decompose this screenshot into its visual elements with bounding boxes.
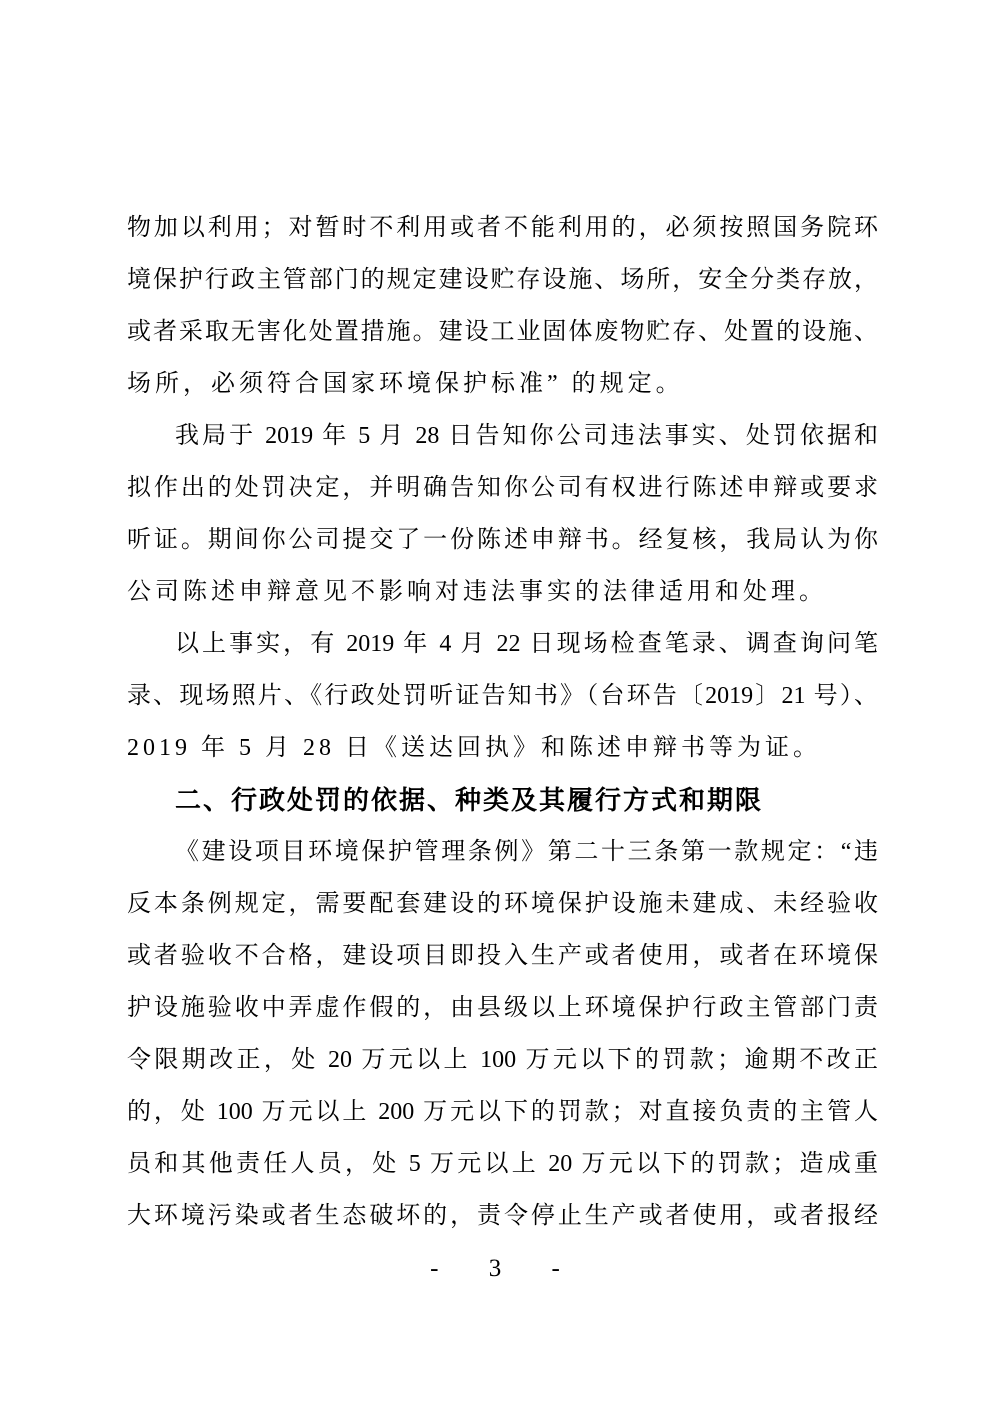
- text-line: 拟作出的处罚决定，并明确告知你公司有权进行陈述申辩或要求: [127, 462, 878, 514]
- text-line: 我局于 2019 年 5 月 28 日告知你公司违法事实、处罚依据和: [127, 410, 878, 462]
- text-line: 境保护行政主管部门的规定建设贮存设施、场所，安全分类存放，: [127, 254, 878, 306]
- text-line: 反本条例规定，需要配套建设的环境保护设施未建成、未经验收: [127, 878, 878, 930]
- text-block: 物加以利用；对暂时不利用或者不能利用的，必须按照国务院环境保护行政主管部门的规定…: [127, 202, 878, 1242]
- section-heading: 二、行政处罚的依据、种类及其履行方式和期限: [127, 774, 878, 826]
- text-line: 物加以利用；对暂时不利用或者不能利用的，必须按照国务院环: [127, 202, 878, 254]
- text-line: 听证。期间你公司提交了一份陈述申辩书。经复核，我局认为你: [127, 514, 878, 566]
- text-line: 的，处 100 万元以上 200 万元以下的罚款；对直接负责的主管人: [127, 1086, 878, 1138]
- text-line: 令限期改正，处 20 万元以上 100 万元以下的罚款；逾期不改正: [127, 1034, 878, 1086]
- text-line: 大环境污染或者生态破坏的，责令停止生产或者使用，或者报经: [127, 1190, 878, 1242]
- text-line: 《建设项目环境保护管理条例》第二十三条第一款规定：“违: [127, 826, 878, 878]
- text-line: 公司陈述申辩意见不影响对违法事实的法律适用和处理。: [127, 566, 878, 618]
- text-line: 员和其他责任人员，处 5 万元以上 20 万元以下的罚款；造成重: [127, 1138, 878, 1190]
- text-line: 以上事实，有 2019 年 4 月 22 日现场检查笔录、调查询问笔: [127, 618, 878, 670]
- page-number: - 3 -: [0, 1244, 992, 1294]
- text-line: 或者采取无害化处置措施。建设工业固体废物贮存、处置的设施、: [127, 306, 878, 358]
- text-line: 场所，必须符合国家环境保护标准” 的规定。: [127, 358, 878, 410]
- text-line: 2019 年 5 月 28 日《送达回执》和陈述申辩书等为证。: [127, 722, 878, 774]
- text-line: 护设施验收中弄虚作假的，由县级以上环境保护行政主管部门责: [127, 982, 878, 1034]
- document-page: 物加以利用；对暂时不利用或者不能利用的，必须按照国务院环境保护行政主管部门的规定…: [0, 0, 992, 1403]
- text-line: 录、现场照片、《行政处罚听证告知书》（台环告〔2019〕21 号）、: [127, 670, 878, 722]
- text-line: 或者验收不合格，建设项目即投入生产或者使用，或者在环境保: [127, 930, 878, 982]
